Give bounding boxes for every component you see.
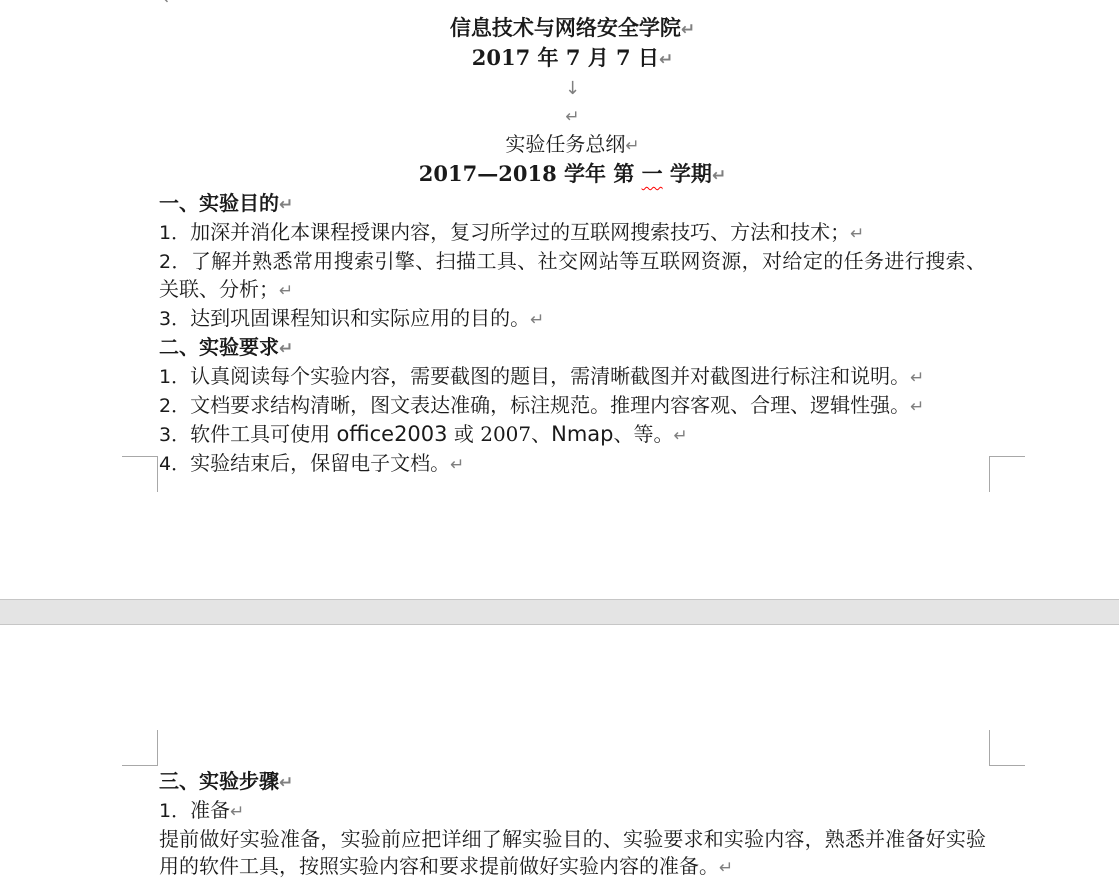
text-run: 、等。 [614, 422, 674, 446]
empty-paragraph[interactable]: ↵ [159, 102, 986, 131]
text-run: 准备 [190, 798, 230, 822]
text-run: 达到巩固课程知识和实际应用的目的。 [190, 306, 530, 330]
text-run: 三、实验步骤 [159, 769, 279, 793]
text-run: 3． [159, 424, 190, 446]
text-run: 信息技术与网络安全学院 [450, 15, 681, 40]
text-run: 1． [159, 800, 190, 822]
paragraph-mark-icon: ↵ [530, 310, 544, 330]
paragraph-mark-icon: ↵ [910, 368, 924, 388]
paragraph[interactable]: 3．达到巩固课程知识和实际应用的目的。↵ [159, 305, 986, 334]
paragraph-mark-icon: ↵ [279, 281, 293, 301]
document-canvas: ↵ 信息技术与网络安全学院↵2017 年 7 月 7 日↵↓↵实验任务总纲↵20… [0, 0, 1119, 879]
paragraph-mark-icon: ↵ [450, 455, 464, 475]
text-run: 加深并消化本课程授课内容，复习所学过的互联网搜索技巧、方法和技术； [190, 220, 850, 244]
paragraph-mark-icon: ↵ [625, 136, 639, 156]
paragraph[interactable]: 4．实验结束后，保留电子文档。↵ [159, 450, 986, 479]
paragraph[interactable]: 提前做好实验准备，实验前应把详细了解实验目的、实验要求和实验内容，熟悉并准备好实… [159, 826, 986, 879]
text-run: 或 2007、 [448, 422, 552, 446]
text-run: 2． [159, 395, 190, 417]
paragraph-mark-icon: ↵ [659, 50, 673, 70]
spellcheck-flagged-text: 一 [642, 161, 663, 186]
page-2-text-area[interactable]: 三、实验步骤↵1．准备↵提前做好实验准备，实验前应把详细了解实验目的、实验要求和… [159, 768, 986, 879]
date-line[interactable]: 2017 年 7 月 7 日↵ [159, 44, 986, 74]
text-run: Nmap [551, 422, 613, 446]
paragraph-mark-icon: ↵ [279, 195, 293, 215]
text-boundary-corner-mark [989, 456, 1025, 492]
text-run: 1． [159, 366, 190, 388]
paragraph-mark-icon: ↵ [674, 426, 688, 446]
paragraph-mark-icon: ↵ [719, 858, 733, 878]
text-run: 2017 年 7 月 7 日 [472, 45, 659, 70]
text-run: 学期 [663, 161, 712, 186]
department-title[interactable]: 信息技术与网络安全学院↵ [159, 14, 986, 44]
text-run: 实验结束后，保留电子文档。 [190, 451, 450, 475]
paragraph-mark-icon: ↵ [712, 166, 726, 186]
text-run: 2017—2018 学年 第 [419, 161, 642, 186]
paragraph-mark-icon: ↵ [163, 0, 177, 13]
paragraph[interactable]: 2．了解并熟悉常用搜索引擎、扫描工具、社交网站等互联网资源，对给定的任务进行搜索… [159, 248, 986, 305]
text-run: office2003 [336, 422, 447, 446]
paragraph-mark-icon: ↵ [230, 802, 244, 822]
text-run: 一、实验目的 [159, 191, 279, 215]
paragraph-mark-icon: ↵ [279, 773, 293, 793]
section-1-heading[interactable]: 一、实验目的↵ [159, 190, 986, 219]
paragraph[interactable]: 1．认真阅读每个实验内容，需要截图的题目，需清晰截图并对截图进行标注和说明。↵ [159, 363, 986, 392]
paragraph[interactable]: 1．准备↵ [159, 797, 986, 826]
page-2[interactable]: 三、实验步骤↵1．准备↵提前做好实验准备，实验前应把详细了解实验目的、实验要求和… [0, 625, 1119, 879]
text-run: 软件工具可使用 [190, 422, 336, 446]
text-run: 1． [159, 222, 190, 244]
page-1-text-area[interactable]: 信息技术与网络安全学院↵2017 年 7 月 7 日↵↓↵实验任务总纲↵2017… [159, 14, 986, 479]
section-3-heading[interactable]: 三、实验步骤↵ [159, 768, 986, 797]
paragraph[interactable]: 3．软件工具可使用 office2003 或 2007、Nmap、等。↵ [159, 421, 986, 450]
text-run: 提前做好实验准备，实验前应把详细了解实验目的、实验要求和实验内容，熟悉并准备好实… [159, 827, 986, 878]
text-boundary-corner-mark [989, 730, 1025, 766]
paragraph-mark-icon: ↵ [850, 224, 864, 244]
line-break-icon: ↓ [565, 78, 580, 99]
semester-line[interactable]: 2017—2018 学年 第 一 学期↵ [159, 160, 986, 190]
page-1[interactable]: ↵ 信息技术与网络安全学院↵2017 年 7 月 7 日↵↓↵实验任务总纲↵20… [0, 0, 1119, 599]
manual-line-break[interactable]: ↓ [159, 74, 986, 102]
text-run: 2． [159, 251, 191, 273]
text-run: 认真阅读每个实验内容，需要截图的题目，需清晰截图并对截图进行标注和说明。 [190, 364, 910, 388]
text-boundary-corner-mark [122, 730, 158, 766]
text-run: 文档要求结构清晰，图文表达准确，标注规范。推理内容客观、合理、逻辑性强。 [190, 393, 910, 417]
paragraph-mark-icon: ↵ [910, 397, 924, 417]
text-run: 4． [159, 453, 190, 475]
doc-title[interactable]: 实验任务总纲↵ [159, 131, 986, 160]
text-run: 实验任务总纲 [505, 132, 625, 156]
paragraph-mark-icon: ↵ [565, 107, 579, 127]
section-2-heading[interactable]: 二、实验要求↵ [159, 334, 986, 363]
paragraph-mark-icon: ↵ [279, 339, 293, 359]
page-separator [0, 599, 1119, 625]
paragraph[interactable]: 2．文档要求结构清晰，图文表达准确，标注规范。推理内容客观、合理、逻辑性强。↵ [159, 392, 986, 421]
text-run: 二、实验要求 [159, 335, 279, 359]
paragraph[interactable]: 1．加深并消化本课程授课内容，复习所学过的互联网搜索技巧、方法和技术；↵ [159, 219, 986, 248]
text-boundary-corner-mark [122, 456, 158, 492]
paragraph-mark-icon: ↵ [681, 20, 695, 40]
text-run: 3． [159, 308, 190, 330]
